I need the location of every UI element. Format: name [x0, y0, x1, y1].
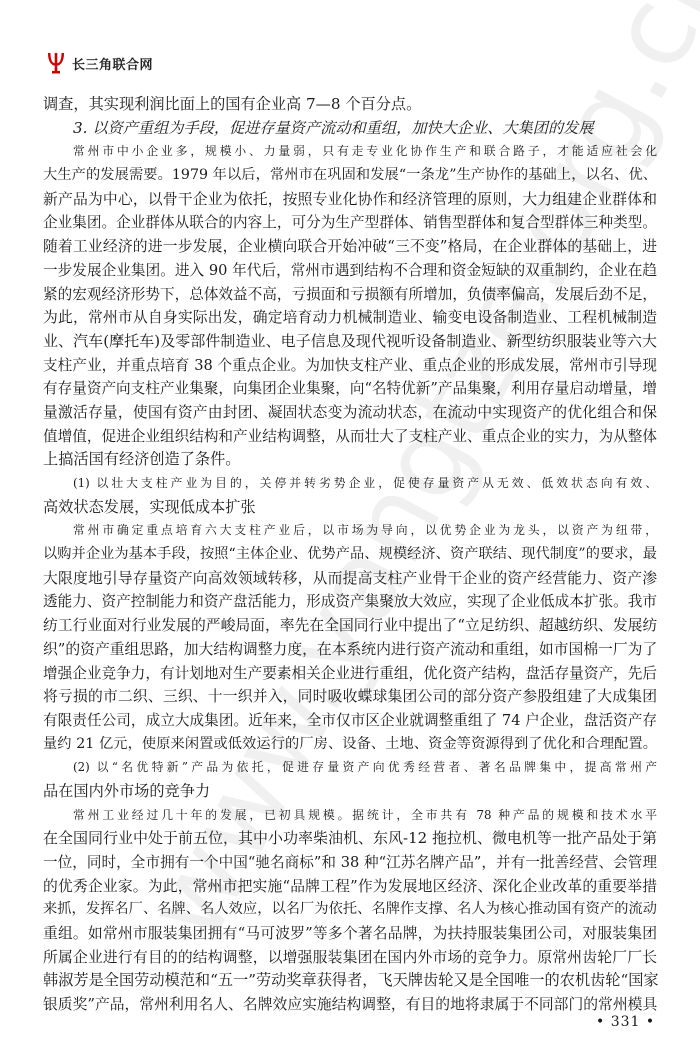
page-number: • 331 •: [596, 1014, 655, 1030]
text-line: 大限度地引导存量资产向高效领域转移，从而提高支柱产业骨干企业的资产经营能力、资产…: [43, 567, 657, 591]
text-line: 的优秀企业家。为此，常州市把实施“品牌工程”作为发展地区经济、深化企业改革的重要…: [43, 875, 657, 899]
document-body: 调查，其实现利润比面上的国有企业高 7—8 个百分点。3. 以资产重组为手段，促…: [43, 93, 657, 1017]
text-line: 织”的资产重组思路，加大结构调整力度，在本系统内进行资产流动和重组，如市国棉一厂…: [43, 638, 657, 662]
text-line: 支柱产业，并重点培育 38 个重点企业。为加快支柱产业、重点企业的形成发展，常州…: [43, 354, 657, 378]
text-line: 量激活存量，使国有资产由封团、凝固状态变为流动状态，在流动中实现资产的优化组合和…: [43, 401, 657, 425]
text-line: 常州市确定重点培育六大支柱产业后，以市场为导向，以优势企业为龙头，以资产为纽带，: [43, 519, 657, 543]
text-line: 品在国内外市场的竞争力: [43, 780, 657, 804]
text-line: 在全国同行业中处于前五位，其中小功率柴油机、东风-12 拖拉机、微电机等一批产品…: [43, 827, 657, 851]
text-line: 新产品为中心，以骨干企业为依托，按照专业化协作和经济管理的原则，大力组建企业群体…: [43, 188, 657, 212]
text-line: (1) 以壮大支柱产业为目的，关停并转劣势企业，促使存量资产从无效、低效状态向有…: [43, 472, 657, 496]
text-line: 来抓，发挥名厂、名牌、名人效应，以名厂为依托、名牌作支撑、名人为核心推动国有资产…: [43, 898, 657, 922]
site-name: 长三角联合网: [72, 54, 153, 73]
text-line: 一位，同时，全市拥有一个中国“驰名商标”和 38 种“江苏名牌产品”，并有一批善…: [43, 851, 657, 875]
text-line: 所属企业进行有目的的结构调整，以增强服装集团在国内外市场的竞争力。原常州齿轮厂厂…: [43, 946, 657, 970]
text-line: 韩淑芳是全国劳动模范和“五一”劳动奖章获得者，飞天牌齿轮又是全国唯一的农机齿轮“…: [43, 969, 657, 993]
text-line: 增强企业竞争力，有计划地对生产要素相关企业进行重组，优化资产结构，盘活存量资产，…: [43, 662, 657, 686]
text-line: 透能力、资产控制能力和资产盘活能力，形成资产集聚放大效应，实现了企业低成本扩张。…: [43, 590, 657, 614]
text-line: 纺工行业面对行业发展的严峻局面，率先在全国同行业中提出了“立足纺织、超越纺织、发…: [43, 614, 657, 638]
text-line: 一步发展企业集团。进入 90 年代后，常州市遇到结构不合理和资金短缺的双重制约，…: [43, 259, 657, 283]
text-line: 重组。如常州市服装集团拥有“马可波罗”等多个著名品牌，为扶持服装集团公司，对服装…: [43, 922, 657, 946]
text-line: 值增值，促进企业组织结构和产业结构调整，从而壮大了支柱产业、重点企业的实力，为从…: [43, 425, 657, 449]
text-line: 上搞活国有经济创造了条件。: [43, 448, 657, 472]
text-line: 有限责任公司，成立大成集团。近年来，全市仅市区企业就调整重组了 74 户企业，盘…: [43, 709, 657, 733]
text-line: 紧的宏观经济形势下，总体效益不高，亏损面和亏损额有所增加，负债率偏高，发展后劲不…: [43, 283, 657, 307]
text-line: 常州工业经过几十年的发展，已初具规模。据统计，全市共有 78 种产品的规模和技术…: [43, 804, 657, 828]
text-line: 有存量资产向支柱产业集聚，向集团企业集聚，向“名特优新”产品集聚，利用存量启动增…: [43, 377, 657, 401]
text-line: 企业集团。企业群体从联合的内容上，可分为生产型群体、销售型群体和复合型群体三种类…: [43, 211, 657, 235]
text-line: 银质奖”产品，常州利用名人、名牌效应实施结构调整，有目的地将隶属于不同部门的常州…: [43, 993, 657, 1017]
text-line: 随着工业经济的进一步发展，企业横向联合开始冲破“三不变”格局，在企业群体的基础上…: [43, 235, 657, 259]
text-line: 常州市中小企业多，规模小、力量弱，只有走专业化协作生产和联合路子，才能适应社会化: [43, 140, 657, 164]
text-line: 以购并企业为基本手段，按照“主体企业、优势产品、规模经济、资产联结、现代制度”的…: [43, 543, 657, 567]
text-line: 业、汽车(摩托车)及零部件制造业、电子信息及现代视听设备制造业、新型纺织服装业等…: [43, 330, 657, 354]
text-line: 高效状态发展，实现低成本扩张: [43, 496, 657, 520]
text-line: 将亏损的市二织、三织、十一织并入，同时吸收蝶球集团公司的部分资产参股组建了大成集…: [43, 685, 657, 709]
site-header: 长三角联合网: [46, 50, 153, 76]
text-line: (2) 以“名优特新”产品为依托，促进存量资产向优秀经营者、著名品牌集中，提高常…: [43, 756, 657, 780]
text-line: 大生产的发展需要。1979 年以后，常州市在巩固和发展“一条龙”生产协作的基础上…: [43, 164, 657, 188]
text-line: 调查，其实现利润比面上的国有企业高 7—8 个百分点。: [43, 93, 657, 117]
text-line: 为此，常州市从自身实际出发，确定培育动力机械制造业、输变电设备制造业、工程机械制…: [43, 306, 657, 330]
text-line: 3. 以资产重组为手段，促进存量资产流动和重组，加快大企业、大集团的发展: [43, 117, 657, 141]
text-line: 量约 21 亿元，使原来闲置或低效运行的厂房、设备、土地、资金等资源得到了优化和…: [43, 733, 657, 757]
site-logo-icon: [46, 51, 66, 75]
